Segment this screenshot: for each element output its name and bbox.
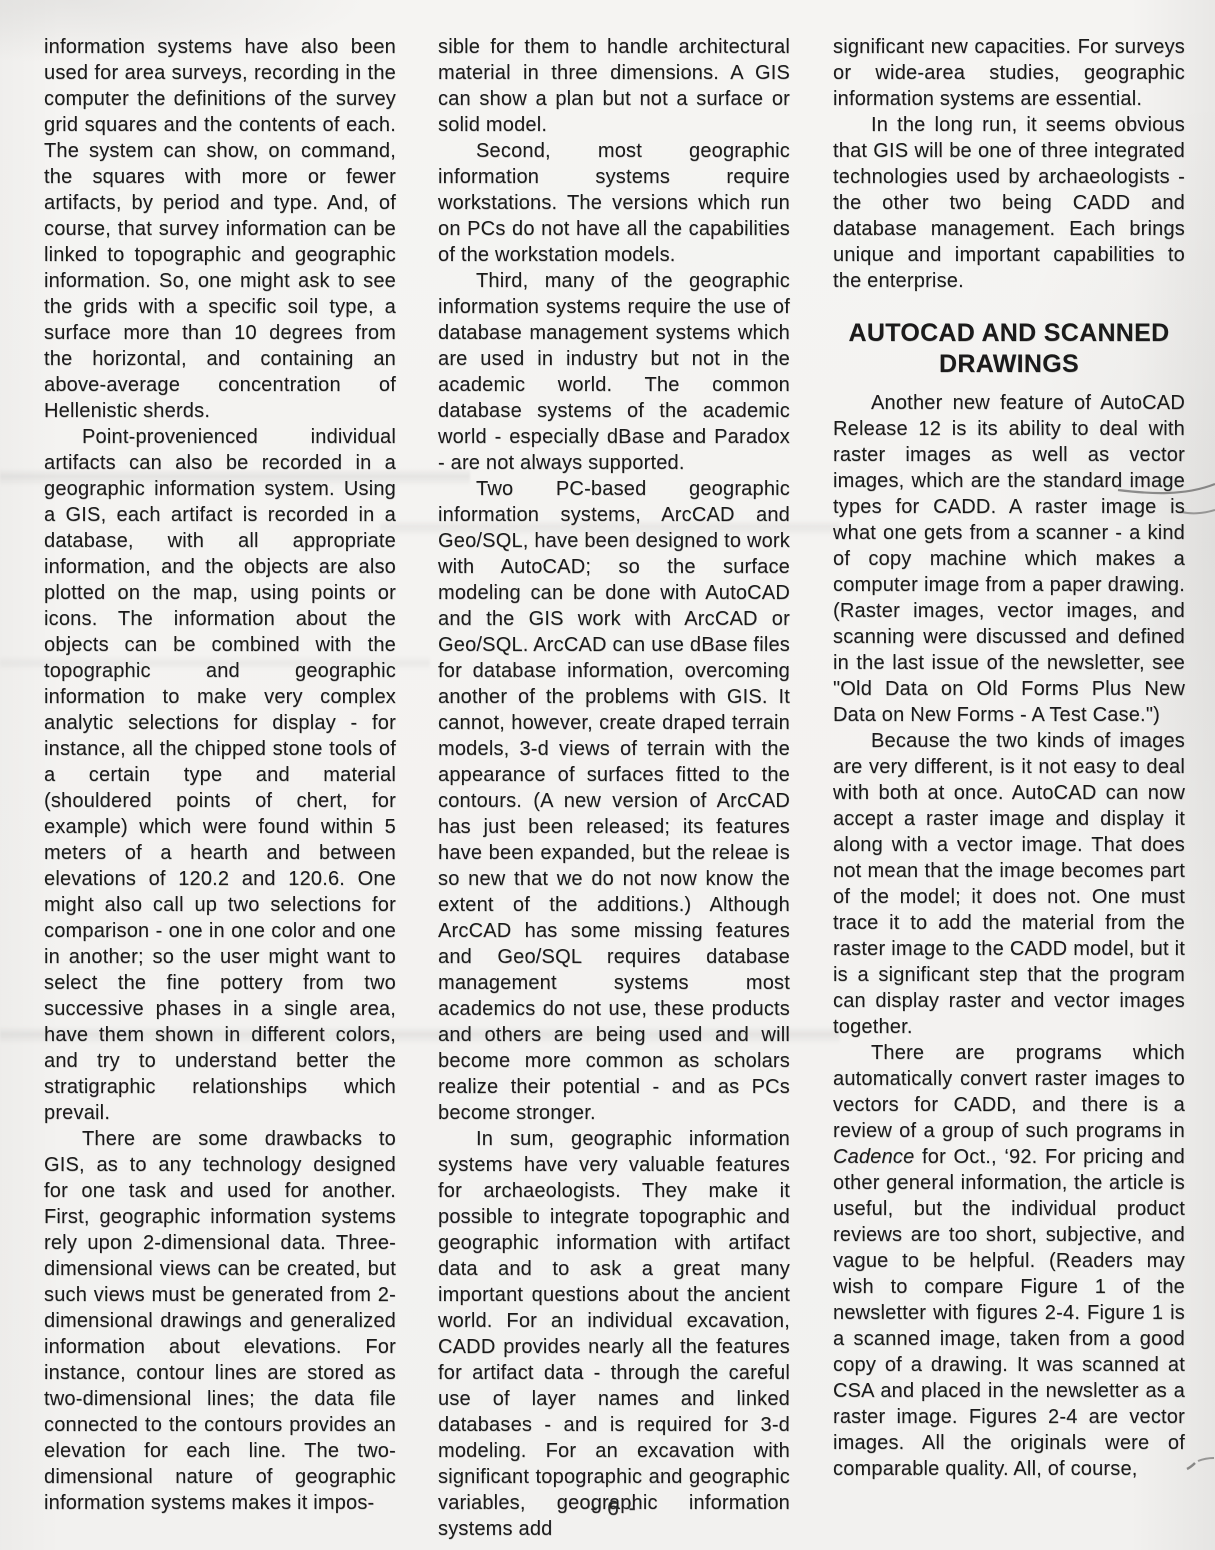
body-paragraph: There are programs which automatically c… <box>833 1040 1185 1482</box>
newsletter-scanned-page: information systems have also been used … <box>0 0 1215 1550</box>
body-paragraph: sible for them to handle architectural m… <box>438 34 790 138</box>
body-paragraph: Third, many of the geographic informatio… <box>438 268 790 476</box>
body-paragraph: information systems have also been used … <box>44 34 396 424</box>
text-column-1: information systems have also been used … <box>44 34 396 1516</box>
body-paragraph: Another new feature of AutoCAD Release 1… <box>833 390 1185 728</box>
text-column-2: sible for them to handle architectural m… <box>438 34 790 1542</box>
journal-title-cadence: Cadence <box>833 1146 914 1168</box>
paragraph-text-segment: for Oct., ‘92. For pricing and other gen… <box>833 1146 1185 1480</box>
text-column-3: significant new capacities. For surveys … <box>833 34 1185 1482</box>
body-paragraph: significant new capacities. For surveys … <box>833 34 1185 112</box>
body-paragraph: In the long run, it seems obvious that G… <box>833 112 1185 294</box>
page-number: - 6 - <box>438 1497 790 1521</box>
section-heading-autocad-and-scanned-drawings: AUTOCAD AND SCANNED DRAWINGS <box>837 318 1181 380</box>
body-paragraph: Second, most geographic information syst… <box>438 138 790 268</box>
body-paragraph: Point-provenienced individual artifacts … <box>44 424 396 1126</box>
body-paragraph: In sum, geographic information systems h… <box>438 1126 790 1542</box>
body-paragraph: There are some drawbacks to GIS, as to a… <box>44 1126 396 1516</box>
body-paragraph: Because the two kinds of images are very… <box>833 728 1185 1040</box>
scan-mark-bottom-right <box>1185 1445 1215 1471</box>
body-paragraph: Two PC-based geographic information syst… <box>438 476 790 1126</box>
paragraph-text-segment: There are programs which automatically c… <box>833 1042 1185 1142</box>
